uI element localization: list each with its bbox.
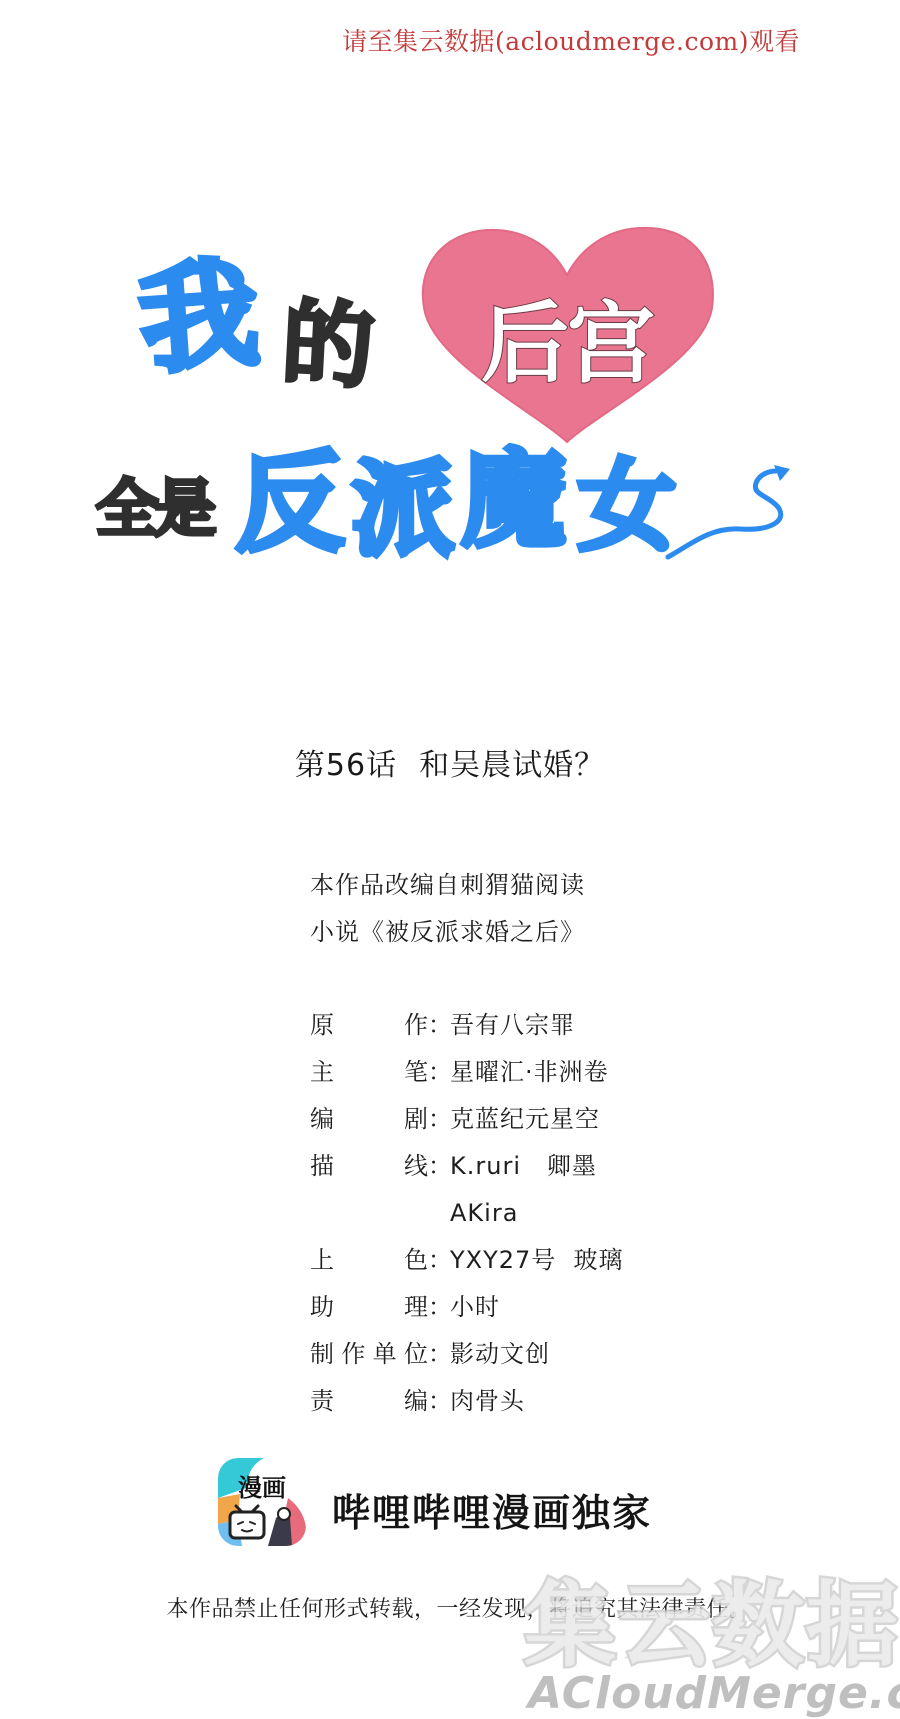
title-text-quanshi: 全是 — [96, 478, 212, 540]
heart-title-text: 后宫 — [412, 300, 722, 388]
credit-value: 小时 — [450, 1293, 500, 1321]
bilibili-comics-app-icon: 漫画 — [218, 1458, 306, 1546]
devil-tail-icon — [660, 465, 800, 575]
credit-row-lineart-cont: AKira — [310, 1190, 624, 1237]
credit-label: 描线 — [310, 1143, 428, 1190]
title-char-wo: 我 — [136, 254, 262, 380]
credit-label: 主笔 — [310, 1049, 428, 1096]
acloudmerge-watermark: 集云数据 ACloudMerge.com — [520, 1580, 900, 1719]
credit-value: 星曜汇·非洲卷 — [450, 1058, 609, 1086]
credit-label: 编剧 — [310, 1096, 428, 1143]
title-char-mo: 魔 — [462, 448, 566, 552]
credit-value: K.ruri 卿墨 — [450, 1152, 597, 1180]
credit-row-production: 制作单位：影动文创 — [310, 1331, 624, 1378]
source-line-2: 小说《被反派求婚之后》 — [310, 909, 585, 956]
title-char-fan: 反 — [236, 450, 344, 558]
title-char-pai: 派 — [352, 460, 454, 562]
chapter-subtitle: 和吴晨试婚？ — [419, 748, 605, 783]
chapter-title: 第56话和吴晨试婚？ — [0, 740, 900, 784]
credit-row-screenwriter: 编剧：克蓝纪元星空 — [310, 1096, 624, 1143]
credit-row-colorist: 上色：YXY27号 玻璃 — [310, 1237, 624, 1284]
series-title-logo: 后宫 我 的 全是 反 派 魔 女 — [0, 0, 900, 640]
credit-value: 克蓝纪元星空 — [450, 1105, 600, 1133]
credit-label: 原作 — [310, 1002, 428, 1049]
svg-text:漫画: 漫画 — [238, 1474, 286, 1502]
credit-value: AKira — [450, 1199, 518, 1227]
chapter-number: 第56话 — [295, 748, 397, 783]
credit-label: 责编 — [310, 1378, 428, 1425]
watermark-cn-text: 集云数据 — [524, 1580, 900, 1672]
credit-row-assistant: 助理：小时 — [310, 1284, 624, 1331]
credit-value: 肉骨头 — [450, 1387, 525, 1415]
credit-label: 上色 — [310, 1237, 428, 1284]
title-char-de: 的 — [280, 298, 377, 395]
credit-row-editor: 责编：肉骨头 — [310, 1378, 624, 1425]
credit-row-lead-artist: 主笔：星曜汇·非洲卷 — [310, 1049, 624, 1096]
bilibili-comics-icon: 漫画 — [218, 1458, 306, 1546]
heart-icon: 后宫 — [412, 220, 722, 450]
watermark-en-text: ACloudMerge.com — [528, 1672, 900, 1716]
credit-value: YXY27号 玻璃 — [450, 1246, 624, 1274]
credit-label: 助理 — [310, 1284, 428, 1331]
adaptation-source: 本作品改编自刺猬猫阅读 小说《被反派求婚之后》 — [310, 862, 585, 956]
credits-list: 原作：吾有八宗罪 主笔：星曜汇·非洲卷 编剧：克蓝纪元星空 描线：K.ruri … — [310, 1002, 624, 1425]
credit-row-lineart: 描线：K.ruri 卿墨 — [310, 1143, 624, 1190]
credit-value: 吾有八宗罪 — [450, 1011, 575, 1039]
credit-row-original-author: 原作：吾有八宗罪 — [310, 1002, 624, 1049]
credit-value: 影动文创 — [450, 1340, 550, 1368]
credit-label: 制作单位 — [310, 1331, 428, 1378]
source-line-1: 本作品改编自刺猬猫阅读 — [310, 862, 585, 909]
bilibili-exclusive-label: 哔哩哔哩漫画独家 — [332, 1482, 652, 1537]
